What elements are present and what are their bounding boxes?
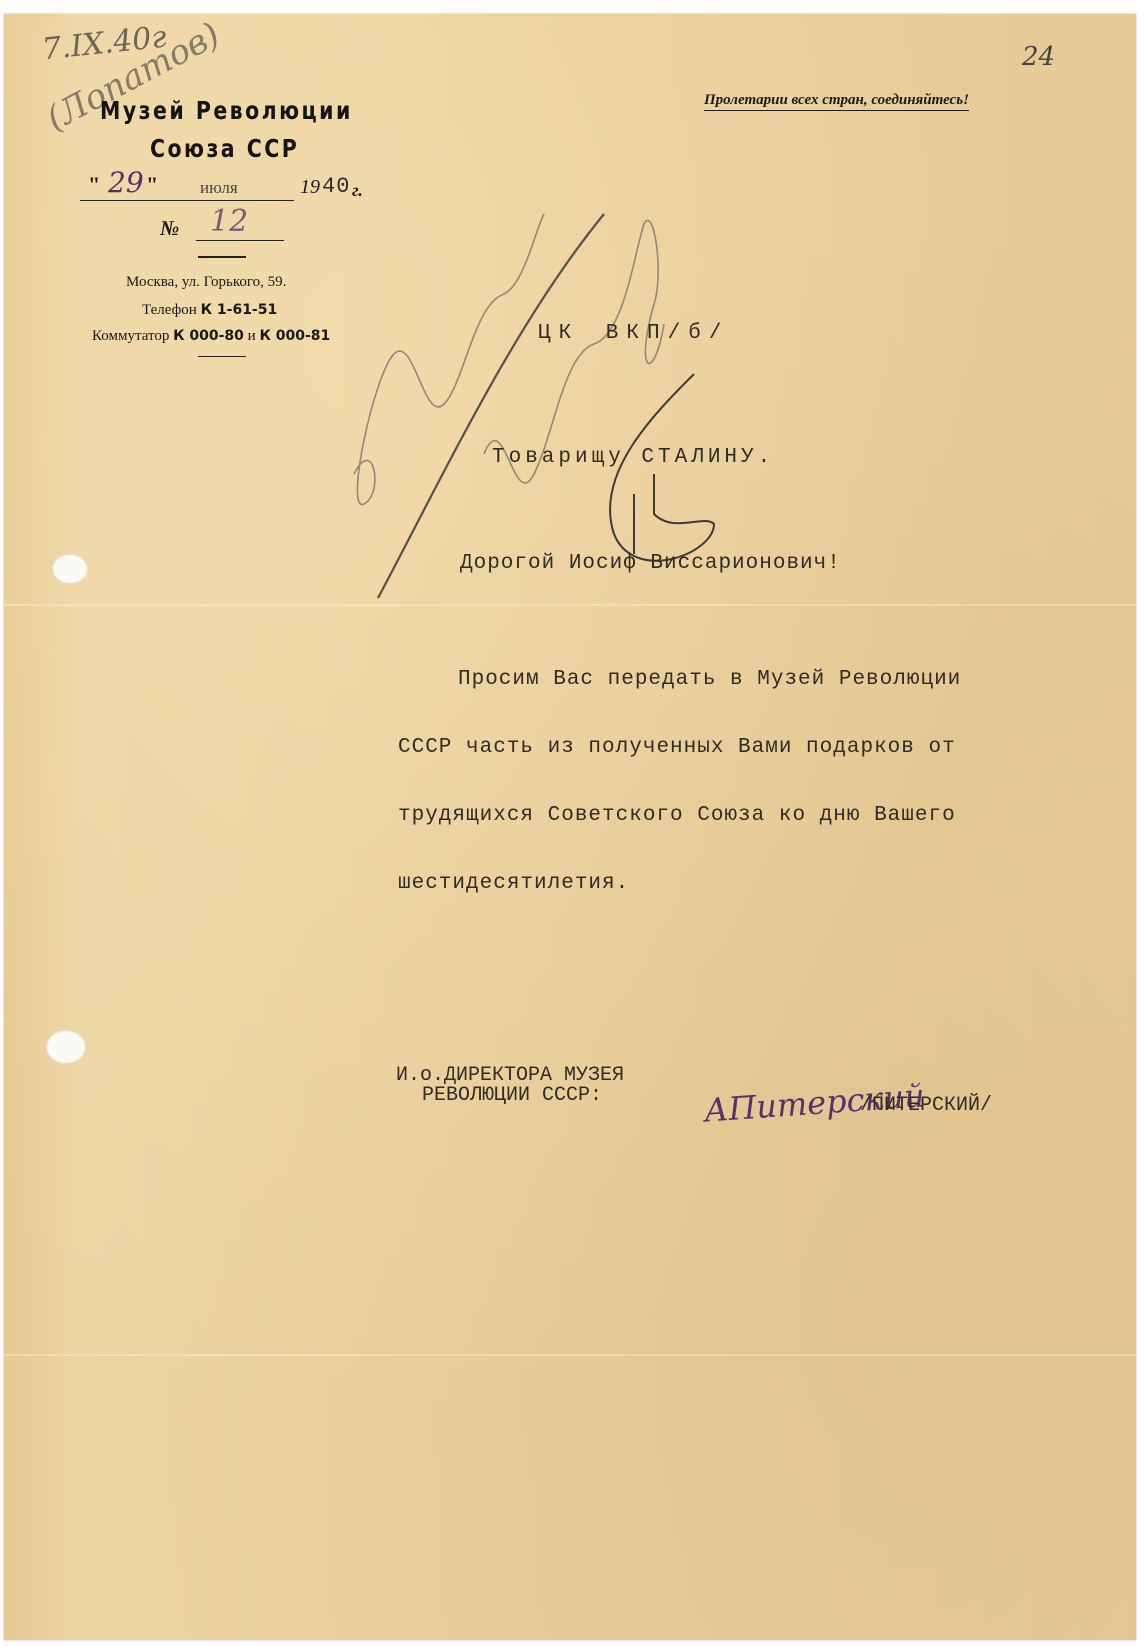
date-day: 29 [108, 166, 144, 199]
letterhead-number: № 12 [160, 212, 300, 242]
date-underline [80, 200, 294, 201]
number-underline [196, 240, 284, 241]
document-page: 24 7.IX.40г (Лопатов) Музей Революции Со… [4, 14, 1136, 1640]
signatory-title-line2: РЕВОЛЮЦИИ СССР: [422, 1084, 602, 1107]
signatory-typed-name: /ПИТЕРСКИЙ/ [860, 1094, 992, 1117]
letterhead-title-line2: Союза ССР [150, 134, 299, 163]
phone-label: Телефон [142, 302, 197, 318]
divider [198, 256, 246, 258]
archive-page-number: 24 [1022, 42, 1055, 72]
addressee-line2: Товарищу СТАЛИНУ. [492, 446, 774, 469]
letterhead-phone: Телефон К 1-61-51 [142, 302, 277, 319]
letterhead-address: Москва, ул. Горького, 59. [126, 274, 286, 291]
addressee-line1: ЦК ВКП/б/ [538, 322, 729, 345]
body-line-3: трудящихся Советского Союза ко дню Вашег… [398, 804, 956, 827]
switchboard-and: и [248, 328, 256, 344]
body-line-2: СССР часть из полученных Вами подарков о… [398, 736, 956, 759]
salutation: Дорогой Иосиф Виссарионович! [460, 552, 841, 575]
switchboard-value-1: К 000-80 [173, 328, 244, 344]
phone-value: К 1-61-51 [201, 302, 278, 318]
date-quote-close: " [146, 172, 158, 198]
punch-hole [46, 1030, 86, 1064]
pencil-resolution-marks [334, 174, 754, 614]
slogan: Пролетарии всех стран, соединяйтесь! [704, 92, 969, 111]
date-month: июля [200, 178, 238, 198]
letterhead-switchboard: Коммутатор К 000-80 и К 000-81 [92, 328, 330, 345]
paper-fold [4, 1354, 1136, 1356]
switchboard-value-2: К 000-81 [259, 328, 330, 344]
letterhead-title-line1: Музей Революции [100, 96, 353, 125]
date-quote-open: " [88, 172, 100, 198]
switchboard-label: Коммутатор [92, 328, 169, 344]
number-value: 12 [210, 204, 248, 239]
date-year-prefix: 19 [300, 176, 320, 199]
number-label: № [160, 216, 179, 241]
body-line-1: Просим Вас передать в Музей Революции [458, 668, 961, 691]
body-line-4: шестидесятилетия. [398, 872, 629, 895]
punch-hole [52, 554, 88, 584]
divider [198, 356, 246, 357]
